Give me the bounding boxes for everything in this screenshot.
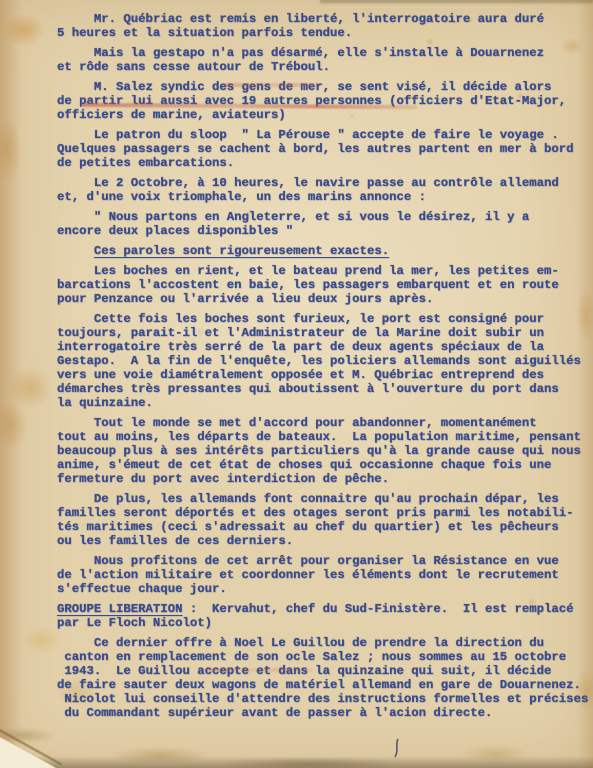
paragraph-abandon-departs: Tout le monde se met d'accord pour aband… xyxy=(57,416,593,486)
fold-shadow xyxy=(0,726,70,742)
paper-edge-shadow xyxy=(320,0,593,5)
paragraph-quote-angleterre: " Nous partons en Angleterre, et si vous… xyxy=(57,210,593,238)
indent-spaces xyxy=(57,244,94,258)
ink-mark xyxy=(390,738,404,760)
paragraph-la-perouse: Le patron du sloop " La Pérouse " accept… xyxy=(57,128,593,170)
underlined-statement: Ces paroles sont rigoureusement exactes. xyxy=(57,244,593,258)
red-pencil-underline-treboul xyxy=(224,83,319,87)
typewritten-text-block: Mr. Québriac est remis en liberté, l'int… xyxy=(57,12,593,726)
underlined-statement-text: Ces paroles sont rigoureusement exactes. xyxy=(94,244,389,258)
paragraph-groupe-liberation: GROUPE LIBERATION : Kervahut, chef du Su… xyxy=(57,602,593,630)
paragraph-port-consigne: Cette fois les boches sont furieux, le p… xyxy=(57,312,593,410)
paragraph-menaces-allemandes: De plus, les allemands font connaitre qu… xyxy=(57,492,593,548)
paragraph-2-octobre: Le 2 Octobre, à 10 heures, le navire pas… xyxy=(57,176,593,204)
paragraph-le-guillou: Ce dernier offre à Noel Le Guillou de pr… xyxy=(57,636,593,720)
red-pencil-mark-canton xyxy=(205,668,313,672)
paragraph-gestapo: Mais la gestapo n'a pas désarmé, elle s'… xyxy=(57,46,593,74)
paragraph-quebriac-release: Mr. Québriac est remis en liberté, l'int… xyxy=(57,12,593,40)
paragraph-resistance: Nous profitons de cet arrêt pour organis… xyxy=(57,554,593,596)
scanned-document-page: Mr. Québriac est remis en liberté, l'int… xyxy=(0,0,593,768)
paragraph-salez: M. Salez syndic des gens de mer, se sent… xyxy=(57,80,593,122)
paragraph-boches-rient: Les boches en rient, et le bateau prend … xyxy=(57,264,593,306)
groupe-liberation-heading: GROUPE LIBERATION xyxy=(57,602,182,616)
